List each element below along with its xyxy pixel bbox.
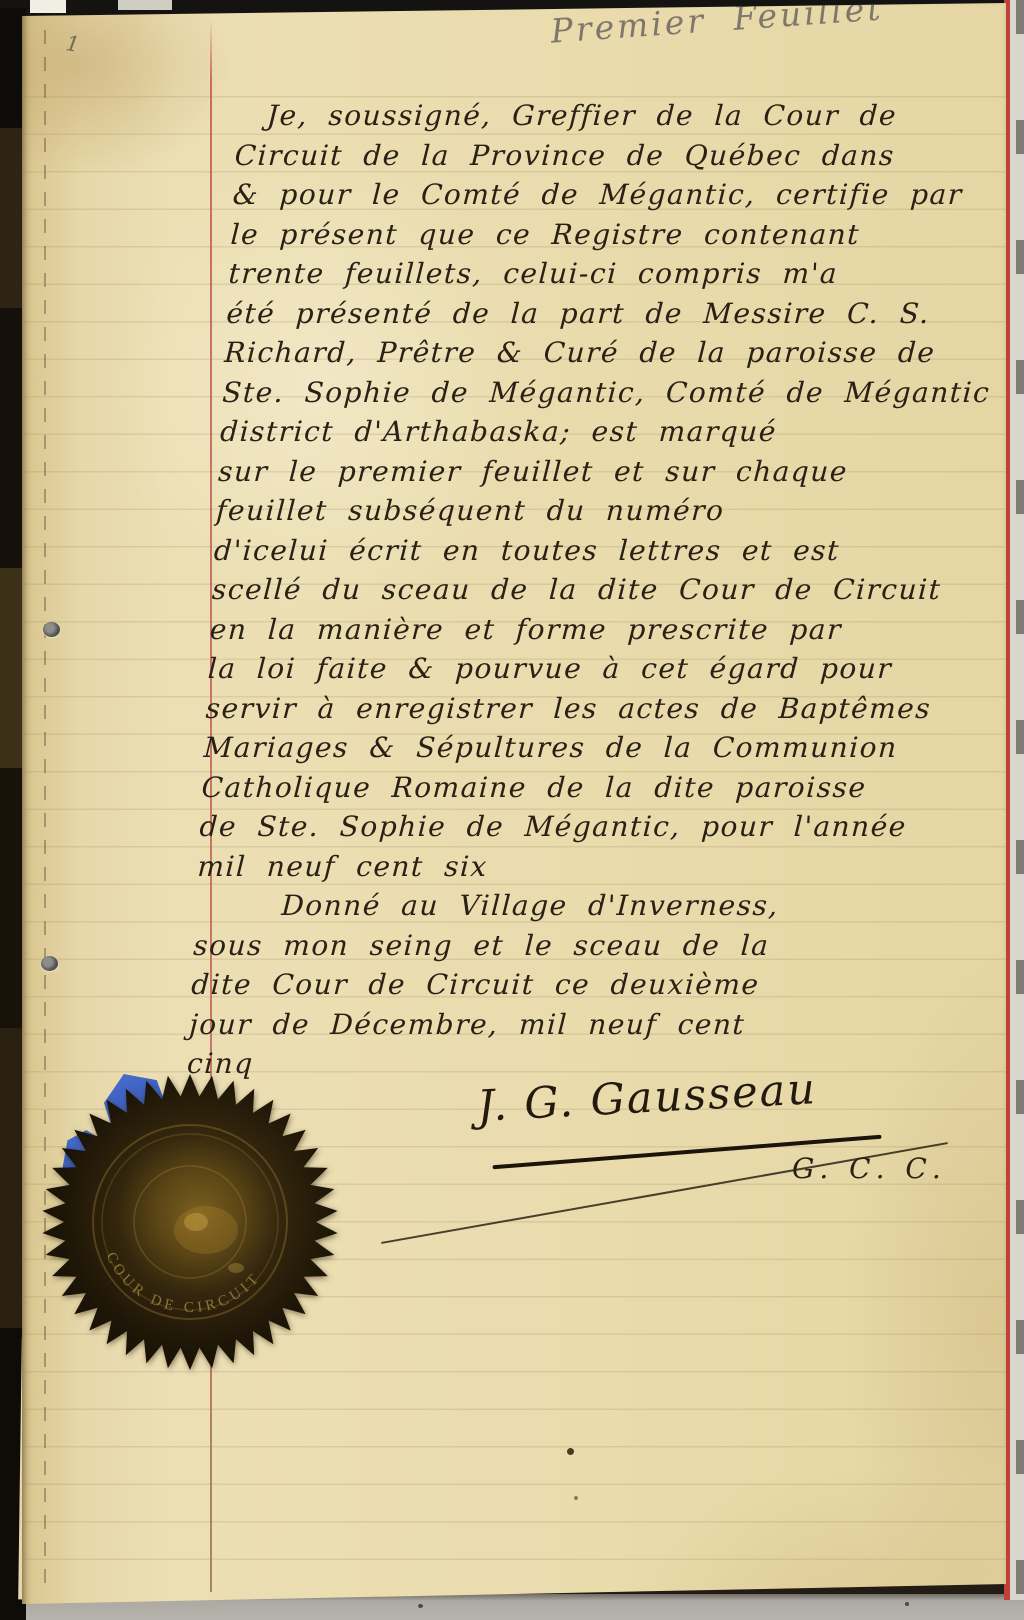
scanned-register-page: 1 Premier Feuillet Je, soussigné, Greffi… <box>0 0 1024 1620</box>
handwritten-line-15: servir à enregistrer les actes de Baptêm… <box>205 689 1007 729</box>
handwritten-line-18: de Ste. Sophie de Mégantic, pour l'année <box>199 807 1001 847</box>
handwritten-line-10: feuillet subséquent du numéro <box>215 491 1017 531</box>
handwritten-line-17: Catholique Romaine de la dite paroisse <box>201 768 1003 808</box>
header-note-premier-feuillet: Premier Feuillet <box>476 0 958 56</box>
handwritten-line-2: & pour le Comté de Mégantic, certifie pa… <box>232 175 1024 215</box>
handwritten-line-11: d'icelui écrit en toutes lettres et est <box>213 531 1015 571</box>
handwritten-line-14: la loi faite & pourvue à cet égard pour <box>207 649 1009 689</box>
handwritten-line-20: Donné au Village d'Inverness, <box>194 886 996 926</box>
handwritten-line-6: Richard, Prêtre & Curé de la paroisse de <box>223 333 1024 373</box>
dust-speck <box>418 1604 423 1608</box>
paper-sliver <box>30 0 66 13</box>
handwritten-line-0: Je, soussigné, Greffier de la Cour de <box>236 96 1024 136</box>
ink-speck <box>574 1496 578 1500</box>
handwritten-line-9: sur le premier feuillet et sur chaque <box>217 452 1019 492</box>
dust-speck <box>905 1602 909 1606</box>
handwritten-line-7: Ste. Sophie de Mégantic, Comté de Mégant… <box>221 373 1023 413</box>
paper-sliver <box>118 0 172 10</box>
binding-hole <box>43 622 60 637</box>
handwritten-line-21: sous mon seing et le sceau de la <box>192 926 994 966</box>
edge-smudge <box>605 0 620 8</box>
pencil-page-numeral: 1 <box>64 31 81 57</box>
page-right-edge <box>1004 0 1024 1600</box>
handwritten-line-22: dite Cour de Circuit ce deuxième <box>190 965 992 1005</box>
seal-glint <box>228 1263 244 1273</box>
handwritten-line-13: en la manière et forme prescrite par <box>209 610 1011 650</box>
binding-hole <box>41 956 58 971</box>
handwritten-line-3: le présent que ce Registre contenant <box>230 215 1024 255</box>
register-page: 1 Premier Feuillet Je, soussigné, Greffi… <box>22 0 1006 1620</box>
gold-court-seal: COUR DE CIRCUIT <box>40 1072 340 1372</box>
handwritten-line-8: district d'Arthabaska; est marqué <box>219 412 1021 452</box>
handwritten-line-23: jour de Décembre, mil neuf cent <box>188 1005 990 1045</box>
seal-glint <box>174 1206 238 1254</box>
book-edge-marks <box>1016 0 1024 1600</box>
ink-speck <box>567 1448 574 1455</box>
handwritten-certification-text: Je, soussigné, Greffier de la Cour deCir… <box>186 96 1024 1084</box>
handwritten-line-19: mil neuf cent six <box>196 847 998 887</box>
seal-glint <box>184 1213 208 1231</box>
handwritten-line-12: scellé du sceau de la dite Cour de Circu… <box>211 570 1013 610</box>
handwritten-line-1: Circuit de la Province de Québec dans <box>234 136 1024 176</box>
handwritten-line-5: été présenté de la part de Messire C. S. <box>225 294 1024 334</box>
clerk-title-abbrev: G. C. C. <box>792 1152 947 1185</box>
handwritten-line-16: Mariages & Sépultures de la Communion <box>203 728 1005 768</box>
handwritten-line-4: trente feuillets, celui-ci compris m'a <box>228 254 1024 294</box>
